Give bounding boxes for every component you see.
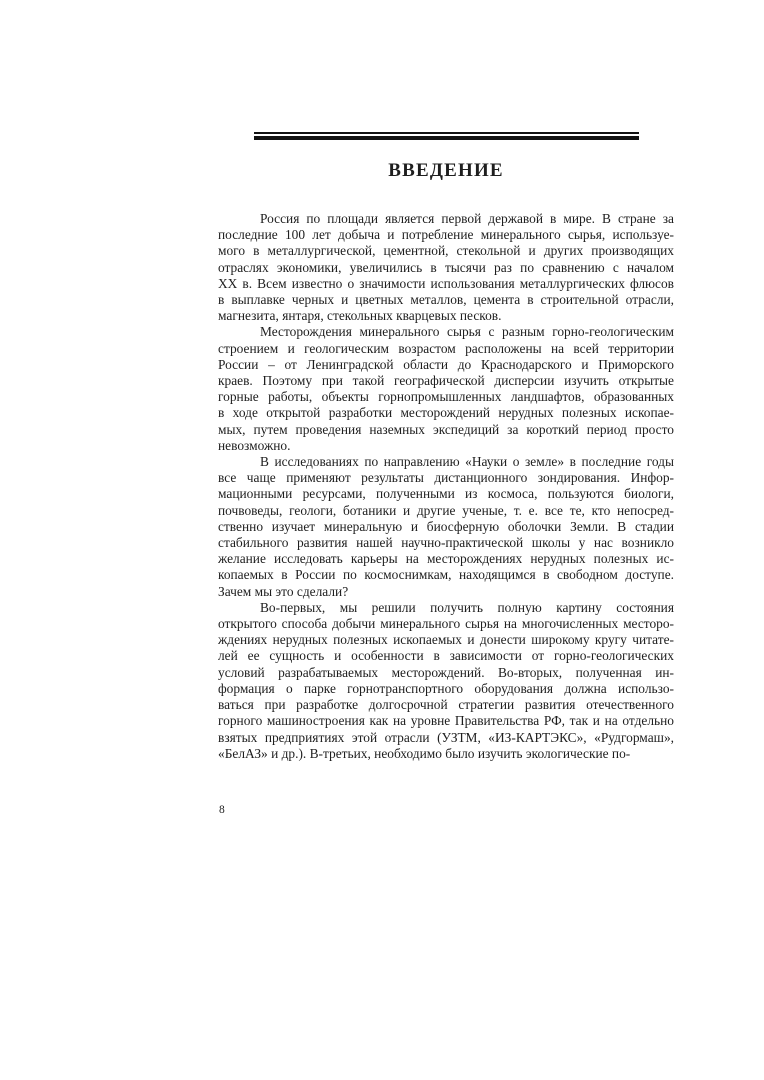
text-line: ственно изучает минеральную и биосферную…	[218, 519, 674, 535]
text-line: горного машиностроения как на уровне Пра…	[218, 713, 674, 729]
text-line: Месторождения минерального сырья с разны…	[218, 324, 674, 340]
text-line: Россия по площади является первой держав…	[218, 211, 674, 227]
text-line: мых, путем проведения наземных экспедици…	[218, 422, 674, 438]
paragraph: В исследованиях по направлению «Науки о …	[218, 454, 674, 600]
text-block: ВВЕДЕНИЕ Россия по площади является перв…	[218, 132, 674, 762]
text-line: все чаще применяют результаты дистанцион…	[218, 470, 674, 486]
document-page: ВВЕДЕНИЕ Россия по площади является перв…	[0, 0, 764, 1080]
page-title: ВВЕДЕНИЕ	[218, 160, 674, 182]
text-line: мого в металлургической, цементной, стек…	[218, 243, 674, 259]
text-line: XX в. Всем известно о значимости использ…	[218, 276, 674, 292]
text-line: В исследованиях по направлению «Науки о …	[218, 454, 674, 470]
text-line: магнезита, янтаря, стекольных кварцевых …	[218, 308, 674, 324]
text-line: ждениях нерудных полезных ископаемых и д…	[218, 632, 674, 648]
paragraph: Россия по площади является первой держав…	[218, 211, 674, 324]
text-line: России – от Ленинградской области до Кра…	[218, 357, 674, 373]
paragraph: Во-первых, мы решили получить полную кар…	[218, 600, 674, 762]
text-line: «БелАЗ» и др.). В-третьих, необходимо бы…	[218, 746, 674, 762]
text-line: взятых предприятиях этой отрасли (УЗТМ, …	[218, 730, 674, 746]
page-number: 8	[219, 803, 225, 817]
text-line: мационными ресурсами, полученными из кос…	[218, 486, 674, 502]
text-line: копаемых в России по космоснимкам, наход…	[218, 567, 674, 583]
text-line: открытого способа добычи минерального сы…	[218, 616, 674, 632]
heading-double-rule	[254, 132, 639, 140]
text-line: желание исследовать карьеры на месторожд…	[218, 551, 674, 567]
text-line: Зачем мы это сделали?	[218, 584, 674, 600]
text-line: лей ее сущность и особенности в зависимо…	[218, 648, 674, 664]
text-line: невозможно.	[218, 438, 674, 454]
paragraphs: Россия по площади является первой держав…	[218, 211, 674, 762]
text-line: стабильного развития нашей научно-практи…	[218, 535, 674, 551]
text-line: почвоведы, геологи, ботаники и другие уч…	[218, 503, 674, 519]
text-line: ваться при разработке долгосрочной страт…	[218, 697, 674, 713]
text-line: краев. Поэтому при такой географической …	[218, 373, 674, 389]
paragraph: Месторождения минерального сырья с разны…	[218, 324, 674, 454]
text-line: горные работы, объекты горнопромышленных…	[218, 389, 674, 405]
text-line: в выплавке черных и цветных металлов, це…	[218, 292, 674, 308]
text-line: отраслях экономики, увеличились в тысячи…	[218, 260, 674, 276]
text-line: последние 100 лет добыча и потребление м…	[218, 227, 674, 243]
text-line: строением и геологическим возрастом расп…	[218, 341, 674, 357]
text-line: условий разрабатываемых месторождений. В…	[218, 665, 674, 681]
text-line: в ходе открытой разработки месторождений…	[218, 405, 674, 421]
text-line: формация о парке горнотранспортного обор…	[218, 681, 674, 697]
text-line: Во-первых, мы решили получить полную кар…	[218, 600, 674, 616]
